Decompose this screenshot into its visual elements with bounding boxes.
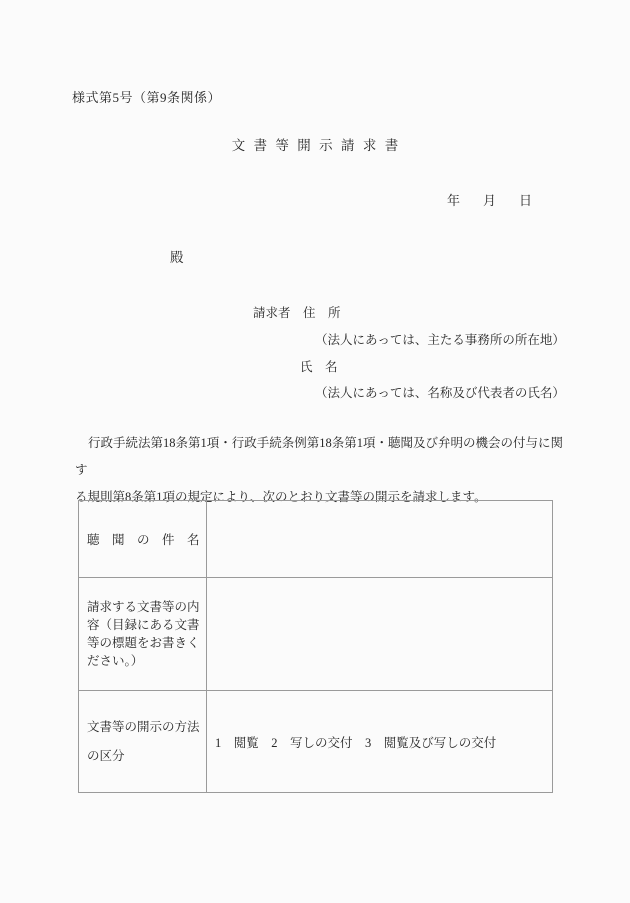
document-content-label-line: 等の標題をお書きく xyxy=(87,634,206,652)
hearing-name-label: 聴 聞 の 件 名 xyxy=(79,501,207,578)
requester-name-note: （法人にあっては、名称及び代表者の氏名） xyxy=(315,383,565,401)
document-content-field xyxy=(207,578,553,691)
document-title: 文 書 等 開 示 請 求 書 xyxy=(0,134,630,154)
disclosure-method-label-line: の区分 xyxy=(87,742,206,771)
table-row-document-content: 請求する文書等の内 容（目録にある文書 等の標題をお書きく ださい。） xyxy=(79,578,553,691)
request-table: 聴 聞 の 件 名 請求する文書等の内 容（目録にある文書 等の標題をお書きく … xyxy=(78,500,553,793)
document-content-label-line: 容（目録にある文書 xyxy=(87,616,206,634)
document-page: 様式第5号（第9条関係） 文 書 等 開 示 請 求 書 年 月 日 殿 請求者… xyxy=(0,0,630,903)
disclosure-method-label: 文書等の開示の方法 の区分 xyxy=(79,691,207,793)
request-statement: 行政手続法第18条第1項・行政手続条例第18条第1項・聴聞及び弁明の機会の付与に… xyxy=(75,430,567,511)
date-line: 年 月 日 xyxy=(447,190,532,209)
request-statement-line-1: 行政手続法第18条第1項・行政手続条例第18条第1項・聴聞及び弁明の機会の付与に… xyxy=(75,430,567,484)
requester-address-note: （法人にあっては、主たる事務所の所在地） xyxy=(315,330,565,348)
hearing-name-field xyxy=(207,501,553,578)
disclosure-method-label-line: 文書等の開示の方法 xyxy=(87,713,206,742)
disclosure-method-options: 1 閲覧 2 写しの交付 3 閲覧及び写しの交付 xyxy=(207,691,553,793)
requester-name-label: 氏 名 xyxy=(300,357,338,375)
document-content-label: 請求する文書等の内 容（目録にある文書 等の標題をお書きく ださい。） xyxy=(79,578,207,691)
document-content-label-line: ださい。） xyxy=(87,652,206,670)
document-content-label-line: 請求する文書等の内 xyxy=(87,598,206,616)
table-row-hearing-name: 聴 聞 の 件 名 xyxy=(79,501,553,578)
day-label: 日 xyxy=(519,190,532,209)
year-label: 年 xyxy=(447,190,460,209)
month-label: 月 xyxy=(483,190,496,209)
recipient-honorific: 殿 xyxy=(170,246,184,266)
form-number: 様式第5号（第9条関係） xyxy=(72,87,221,106)
table-row-disclosure-method: 文書等の開示の方法 の区分 1 閲覧 2 写しの交付 3 閲覧及び写しの交付 xyxy=(79,691,553,793)
requester-address-label: 請求者 住 所 xyxy=(253,303,341,321)
